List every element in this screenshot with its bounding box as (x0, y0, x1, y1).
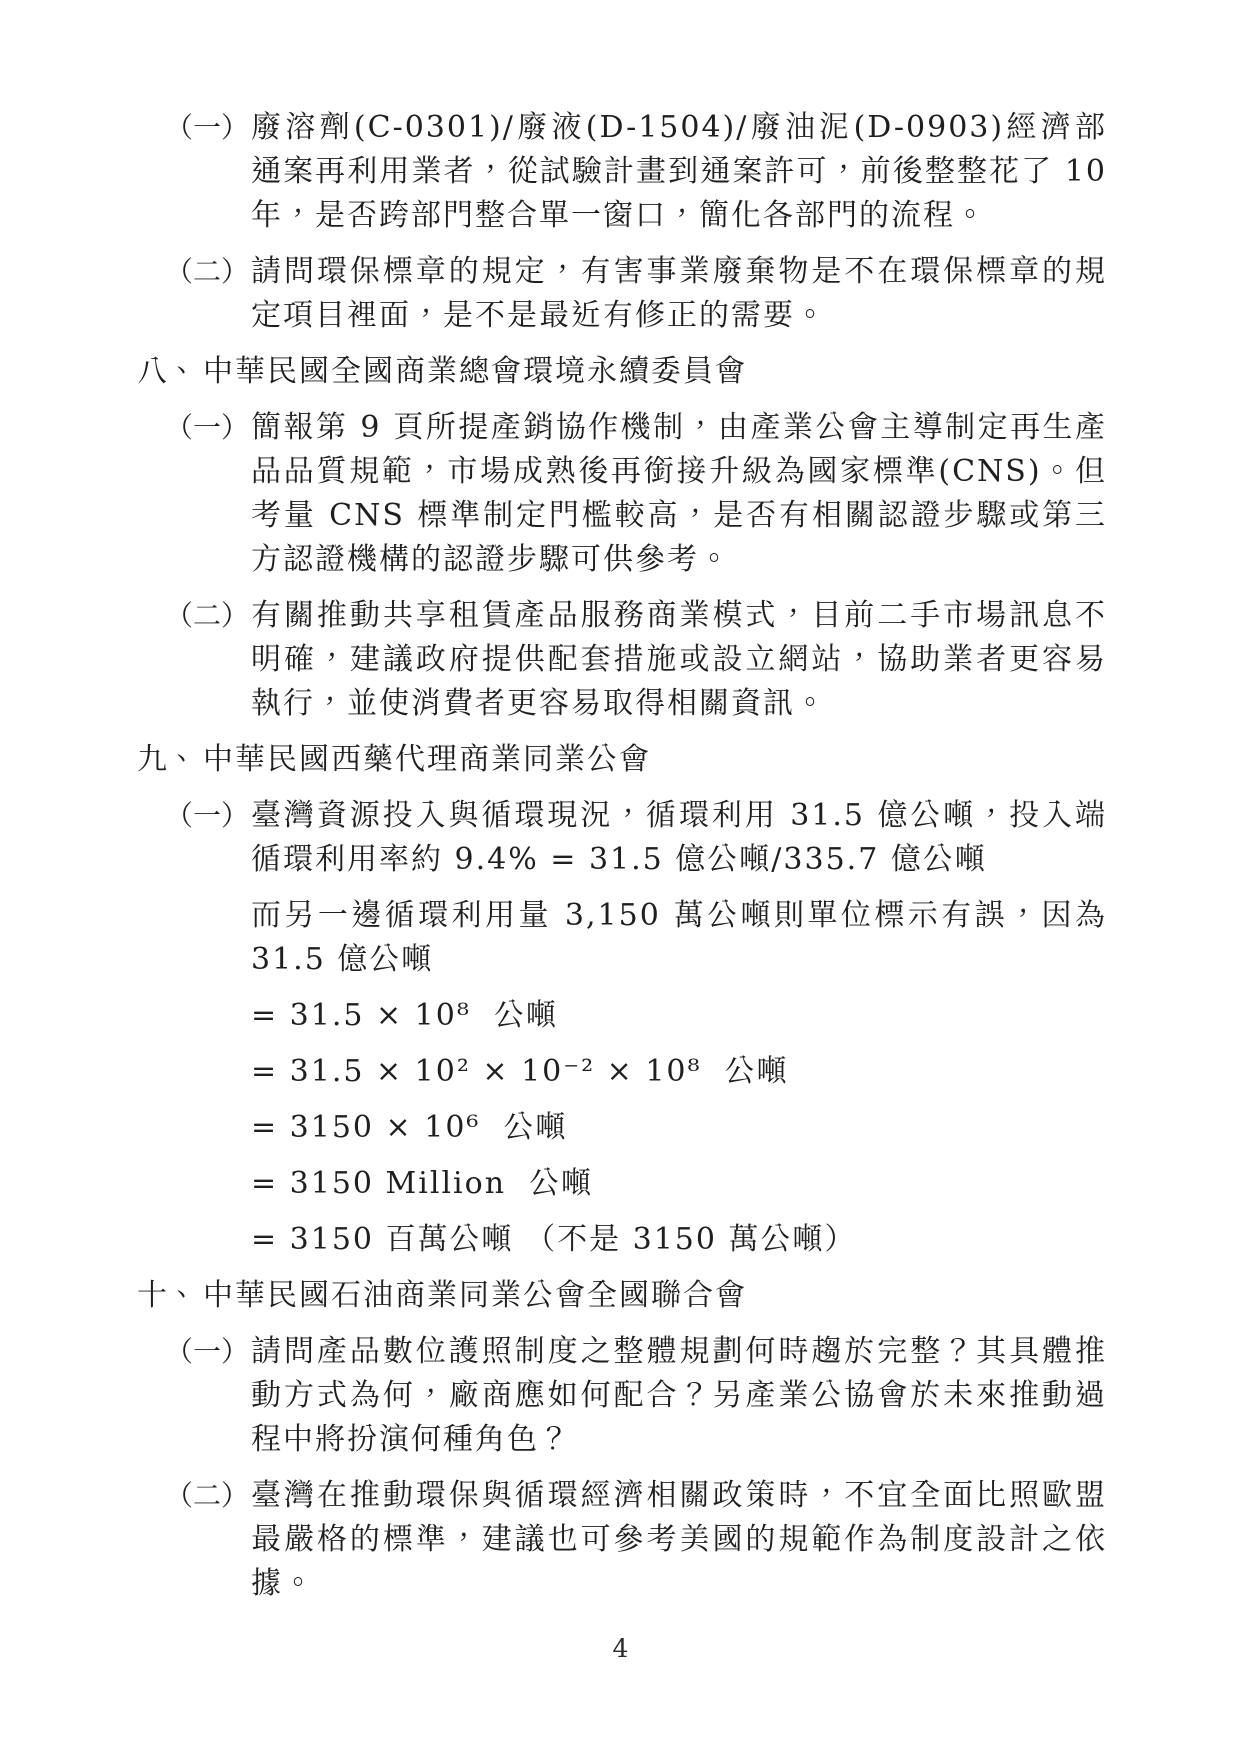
item-number-label: （一） (165, 406, 251, 582)
question-item: （一） 請問產品數位護照制度之整體規劃何時趨於完整？其具體推動方式為何，廠商應如… (165, 1330, 1107, 1462)
page-number: 4 (0, 1634, 1241, 1663)
section-heading: 九、中華民國西藥代理商業同業公會 (137, 738, 1107, 782)
item-number-label: （一） (165, 794, 251, 882)
paragraph: 而另一邊循環利用量 3,150 萬公噸則單位標示有誤，因為 31.5 億公噸 (251, 894, 1107, 982)
item-number-label: （一） (165, 106, 251, 238)
item-text: 請問環保標章的規定，有害事業廢棄物是不在環保標章的規定項目裡面，是不是最近有修正… (251, 250, 1107, 338)
section-title: 中華民國西藥代理商業同業公會 (203, 742, 651, 777)
equation-line: = 31.5 × 10⁸ 公噸 (251, 994, 1107, 1038)
section-heading: 八、中華民國全國商業總會環境永續委員會 (137, 350, 1107, 394)
section-number-label: 九、 (137, 738, 203, 782)
section-heading: 十、中華民國石油商業同業公會全國聯合會 (137, 1274, 1107, 1318)
question-item: （二） 有關推動共享租賃產品服務商業模式，目前二手市場訊息不明確，建議政府提供配… (165, 594, 1107, 726)
equation-line: = 31.5 × 10² × 10⁻² × 10⁸ 公噸 (251, 1050, 1107, 1094)
item-number-label: （二） (165, 250, 251, 338)
item-text: 簡報第 9 頁所提產銷協作機制，由產業公會主導制定再生產品品質規範，市場成熟後再… (251, 406, 1107, 582)
question-item: （二） 請問環保標章的規定，有害事業廢棄物是不在環保標章的規定項目裡面，是不是最… (165, 250, 1107, 338)
question-item: （一） 簡報第 9 頁所提產銷協作機制，由產業公會主導制定再生產品品質規範，市場… (165, 406, 1107, 582)
question-item: （二） 臺灣在推動環保與循環經濟相關政策時，不宜全面比照歐盟最嚴格的標準，建議也… (165, 1474, 1107, 1606)
question-item: （一） 廢溶劑(C-0301)/廢液(D-1504)/廢油泥(D-0903)經濟… (165, 106, 1107, 238)
section-title: 中華民國全國商業總會環境永續委員會 (203, 354, 747, 389)
item-number-label: （二） (165, 594, 251, 726)
section-number-label: 八、 (137, 350, 203, 394)
item-text: 廢溶劑(C-0301)/廢液(D-1504)/廢油泥(D-0903)經濟部通案再… (251, 106, 1107, 238)
item-number-label: （二） (165, 1474, 251, 1606)
document-page: （一） 廢溶劑(C-0301)/廢液(D-1504)/廢油泥(D-0903)經濟… (0, 0, 1241, 1755)
item-text: 臺灣在推動環保與循環經濟相關政策時，不宜全面比照歐盟最嚴格的標準，建議也可參考美… (251, 1474, 1107, 1606)
item-number-label: （一） (165, 1330, 251, 1462)
section-number-label: 十、 (137, 1274, 203, 1318)
item-text: 有關推動共享租賃產品服務商業模式，目前二手市場訊息不明確，建議政府提供配套措施或… (251, 594, 1107, 726)
equation-line: = 3150 百萬公噸 （不是 3150 萬公噸） (251, 1218, 1107, 1262)
section-title: 中華民國石油商業同業公會全國聯合會 (203, 1278, 747, 1313)
equation-line: = 3150 Million 公噸 (251, 1162, 1107, 1206)
item-text: 請問產品數位護照制度之整體規劃何時趨於完整？其具體推動方式為何，廠商應如何配合？… (251, 1330, 1107, 1462)
item-text: 臺灣資源投入與循環現況，循環利用 31.5 億公噸，投入端循環利用率約 9.4%… (251, 794, 1107, 882)
question-item: （一） 臺灣資源投入與循環現況，循環利用 31.5 億公噸，投入端循環利用率約 … (165, 794, 1107, 882)
equation-line: = 3150 × 10⁶ 公噸 (251, 1106, 1107, 1150)
